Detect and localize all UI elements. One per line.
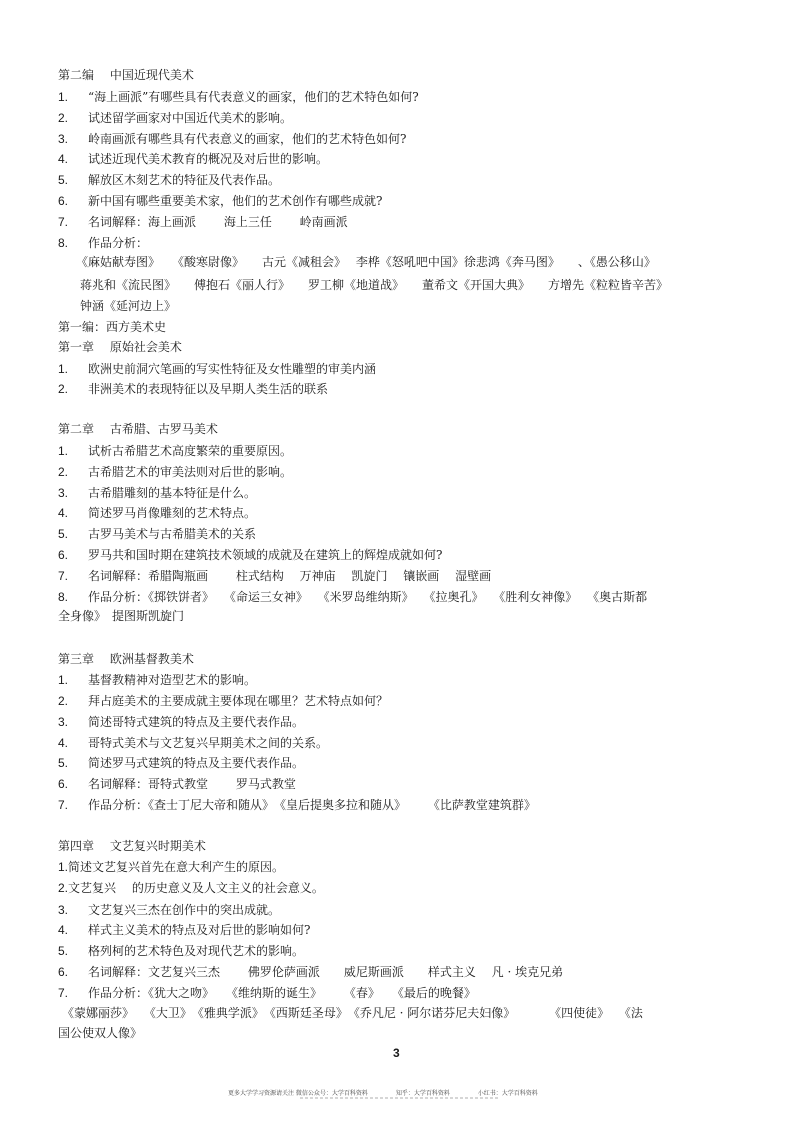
list-item: 4.试述近现代美术教育的概况及对后世的影响。 [58, 151, 328, 167]
chapter-title: 第四章 文艺复兴时期美术 [58, 838, 206, 854]
chapter-title: 第二章 古希腊、古罗马美术 [58, 421, 218, 437]
page-number: 3 [393, 1046, 400, 1060]
list-item: 3.古希腊雕刻的基本特征是什么。 [58, 485, 256, 501]
list-item: 2.拜占庭美术的主要成就主要体现在哪里？艺术特点如何？ [58, 693, 388, 709]
footer-xiaohongshu: 小红书：大学百科资料 [478, 1090, 538, 1097]
list-item: 5.简述罗马式建筑的特点及主要代表作品。 [58, 755, 304, 771]
list-item: 2.古希腊艺术的审美法则对后世的影响。 [58, 464, 292, 480]
list-item: 6.罗马共和国时期在建筑技术领域的成就及在建筑上的辉煌成就如何? [58, 547, 442, 563]
list-item: 5.古罗马美术与古希腊美术的关系 [58, 526, 256, 542]
list-item: 3.岭南画派有哪些具有代表意义的画家，他们的艺术特色如何? [58, 131, 406, 147]
list-item: 1.试析古希腊艺术高度繁荣的重要原因。 [58, 443, 292, 459]
list-item: 1.基督教精神对造型艺术的影响。 [58, 672, 256, 688]
works-list: 蒋兆和《流民图》 傅抱石《丽人行》 罗工柳《地道战》 董希文《开国大典》 方增先… [80, 277, 668, 293]
list-item: 7.名词解释：希腊陶瓶画 柱式结构 万神庙 凯旋门 镶嵌画 湿壁画 [58, 568, 491, 584]
list-item: 7.作品分析：《查士丁尼大帝和随从》 《皇后提奥多拉和随从》 《比萨教堂建筑群》 [58, 797, 536, 813]
list-item: 2.文艺复兴 的历史意义及人文主义的社会意义。 [58, 880, 324, 896]
list-item-continuation: 全身像》 提图斯凯旋门 [58, 608, 184, 624]
list-item: 4.样式主义美术的特点及对后世的影响如何? [58, 922, 310, 938]
list-item: 8.作品分析：《掷铁饼者》 《命运三女神》 《米罗岛维纳斯》 《拉奥孔》 《胜利… [58, 589, 647, 605]
works-list: 《麻姑献寿图》 《酸寒尉像》 古元《减租会》 李桦《怒吼吧中国》徐悲鸿《奔马图》… [76, 254, 656, 270]
list-item: 7.名词解释：海上画派 海上三任 岭南画派 [58, 214, 348, 230]
chapter-title: 第三章 欧洲基督教美术 [58, 651, 194, 667]
list-item: 4.简述罗马肖像雕刻的艺术特点。 [58, 505, 256, 521]
footer-wechat: 更多大学学习资源请关注 微信公众号：大学百科资料 [228, 1090, 368, 1097]
works-list: 《蒙娜丽莎》 《大卫》 《雅典学派》 《西斯廷圣母》 《乔凡尼 · 阿尔诺芬尼夫… [62, 1005, 643, 1021]
list-item: 2.试述留学画家对中国近代美术的影响。 [58, 110, 292, 126]
list-item: 6.名词解释：哥特式教堂 罗马式教堂 [58, 776, 296, 792]
list-item: 8.作品分析： [58, 235, 148, 251]
list-item: 1.欧洲史前洞穴笔画的写实性特征及女性雕塑的审美内涵 [58, 361, 376, 377]
section-title: 第二编 中国近现代美术 [58, 67, 194, 83]
footer-zhihu: 知乎：大学百科资料 [396, 1090, 450, 1097]
works-list: 钟涵《延河边上》 [80, 298, 176, 314]
list-item: 5.解放区木刻艺术的特征及代表作品。 [58, 172, 280, 188]
list-item: 7.作品分析：《犹大之吻》 《维纳斯的诞生》 《春》 《最后的晚餐》 [58, 985, 476, 1001]
list-item: 6.新中国有哪些重要美术家，他们的艺术创作有哪些成就? [58, 193, 382, 209]
list-item: 1.简述文艺复兴首先在意大利产生的原因。 [58, 859, 284, 875]
list-item: 6.名词解释：文艺复兴三杰 佛罗伦萨画派 威尼斯画派 样式主义 凡 · 埃克兄弟 [58, 964, 563, 980]
document-page: 第二编 中国近现代美术 1.“海上画派”有哪些具有代表意义的画家，他们的艺术特色… [0, 0, 792, 1122]
section-title: 第一编：西方美术史 [58, 319, 166, 335]
list-item: 3.文艺复兴三杰在创作中的突出成就。 [58, 902, 280, 918]
list-item: 4.哥特式美术与文艺复兴早期美术之间的关系。 [58, 735, 328, 751]
footer-divider [300, 1097, 500, 1099]
list-item: 1.“海上画派”有哪些具有代表意义的画家，他们的艺术特色如何? [58, 89, 419, 105]
chapter-title: 第一章 原始社会美术 [58, 339, 182, 355]
list-item: 3.简述哥特式建筑的特点及主要代表作品。 [58, 714, 304, 730]
list-item: 2.非洲美术的表现特征以及早期人类生活的联系 [58, 381, 328, 397]
footer-note: 更多大学学习资源请关注 微信公众号：大学百科资料 知乎：大学百科资料 小红书：大… [228, 1088, 564, 1097]
list-item: 5.格列柯的艺术特色及对现代艺术的影响。 [58, 943, 304, 959]
works-list: 国公使双人像》 [58, 1025, 142, 1041]
